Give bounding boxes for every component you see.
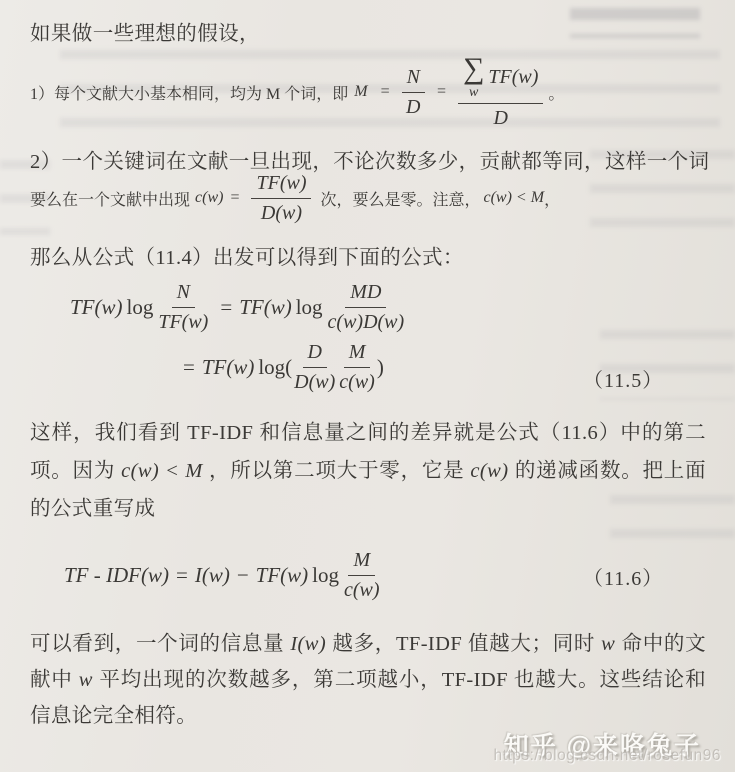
w-variable: w (79, 669, 93, 691)
fraction-numerator: N (402, 66, 425, 93)
cw-variable: c(w) (470, 460, 508, 482)
fraction-denominator: c(w) (339, 368, 375, 394)
log-open-paren: log( (258, 355, 292, 380)
equation-11-6: TF - IDF(w) = I(w) − TF(w) log M c(w) (64, 549, 385, 601)
fraction-n-over-tf: N TF(w) (158, 281, 208, 334)
minus-sign: − (237, 563, 249, 588)
equals-sign: = (230, 189, 239, 207)
assumption-1-text: 1）每个文献大小基本相同，均为 M 个词，即 (30, 81, 348, 104)
w-variable: w (601, 633, 615, 655)
paragraph-conclusion: 可以看到，一个词的信息量I(w)越多，TF-IDF 值越大；同时w命中的文献中w… (30, 626, 706, 734)
equals-sign: = (220, 295, 232, 320)
equals-sign: = (381, 83, 390, 101)
tf-term: TF(w) (202, 355, 255, 380)
intro-paragraph: 如果做一些理想的假设， (30, 16, 260, 46)
para4-seg2: 越多，TF-IDF 值越大；同时 (332, 633, 595, 655)
equation-number-11-6: （11.6） (583, 562, 663, 591)
para4-seg4: 平均出现的次数越多，第二项越小，TF-IDF 也越大。这些结论和信息论完全相符。 (30, 669, 706, 727)
intro-text: 如果做一些理想的假设， (30, 23, 260, 45)
fraction-denominator: TF(w) (158, 308, 208, 334)
fraction-denominator: D(w) (294, 368, 335, 394)
assumption-1-period: 。 (548, 81, 564, 104)
tf-term: TF(w) (70, 295, 123, 320)
fraction-m-over-cw: M c(w) (344, 549, 380, 602)
summation-symbol: ∑ w (463, 54, 484, 100)
fraction-denominator: c(w) (344, 576, 380, 602)
fraction-numerator: N (172, 281, 195, 308)
scanned-book-page: 如果做一些理想的假设， 1）每个文献大小基本相同，均为 M 个词，即 M = N… (0, 0, 735, 772)
para3-seg2: ，所以第二项大于零，它是 (209, 460, 465, 482)
fraction-sum-tf-over-d: ∑ w TF(w) D (458, 54, 543, 130)
fraction-n-over-d: N D (402, 66, 425, 119)
equals-sign: = (437, 83, 446, 101)
fraction-numerator: TF(w) (251, 172, 311, 199)
tf-term: TF(w) (256, 563, 309, 588)
fraction-d-over-dw: D D(w) (294, 341, 335, 394)
equation-11-5-line2: = TF(w) log( D D(w) M c(w) ) (183, 341, 384, 393)
inequality-cw-less-m: c(w) < M (484, 189, 545, 207)
equation-11-5-line1: TF(w) log N TF(w) = TF(w) log MD c(w)D(w… (70, 281, 409, 333)
information-term: I(w) (195, 563, 230, 588)
equals-sign: = (183, 355, 195, 380)
fraction-numerator: D (303, 341, 327, 368)
fraction-numerator: M (344, 341, 371, 368)
fraction-numerator: M (348, 549, 375, 576)
bleed-through-ghost (570, 8, 700, 38)
fraction-numerator: ∑ w TF(w) (458, 54, 543, 104)
log-operator: log (296, 295, 323, 320)
paragraph-difference-discussion: 这样，我们看到 TF-IDF 和信息量之间的差异就是公式（11.6）中的第二项。… (30, 414, 706, 528)
equals-sign: = (176, 563, 188, 588)
log-operator: log (127, 295, 154, 320)
fraction-denominator: D (406, 93, 420, 119)
lead-in-to-equation: 那么从公式（11.4）出发可以得到下面的公式： (30, 247, 464, 269)
sigma-glyph: ∑ (463, 54, 484, 84)
line2-prefix: 要么在一个文献中出现 (30, 187, 190, 210)
tf-term: TF(w) (239, 295, 292, 320)
iw-variable: I(w) (290, 633, 326, 655)
sigma-subscript: w (469, 86, 478, 100)
summand-tf: TF(w) (488, 66, 538, 89)
fraction-denominator: D (493, 104, 507, 130)
tf-idf-lhs: TF - IDF(w) (64, 563, 169, 588)
csdn-url-watermark: https://blog.csdn.net/rosefun96 (494, 747, 721, 765)
para4-seg1: 可以看到，一个词的信息量 (30, 633, 284, 655)
close-paren: ) (377, 355, 384, 380)
assumption-2-line3: 那么从公式（11.4）出发可以得到下面的公式： (30, 240, 464, 270)
cw-lhs: c(w) (195, 189, 223, 207)
line2-comma: ， (544, 187, 560, 210)
log-operator: log (312, 563, 339, 588)
fraction-denominator: c(w)D(w) (328, 308, 405, 334)
formula-m-lhs: M (354, 83, 367, 101)
fraction-denominator: D(w) (261, 199, 302, 225)
assumption-2-line2: 要么在一个文献中出现 c(w) = TF(w) D(w) 次，要么是零。注意， … (30, 170, 560, 226)
fraction-md-over-cwdw: MD c(w)D(w) (328, 281, 405, 334)
equation-number-11-5: （11.5） (583, 364, 663, 393)
fraction-tf-over-dw: TF(w) D(w) (251, 172, 311, 225)
fraction-m-over-cw: M c(w) (339, 341, 375, 394)
fraction-numerator: MD (345, 281, 386, 308)
assumption-1: 1）每个文献大小基本相同，均为 M 个词，即 M = N D = ∑ w TF(… (30, 50, 564, 134)
inequality-cw-less-m: c(w) < M (121, 460, 203, 482)
line2-mid: 次，要么是零。注意， (320, 187, 480, 210)
